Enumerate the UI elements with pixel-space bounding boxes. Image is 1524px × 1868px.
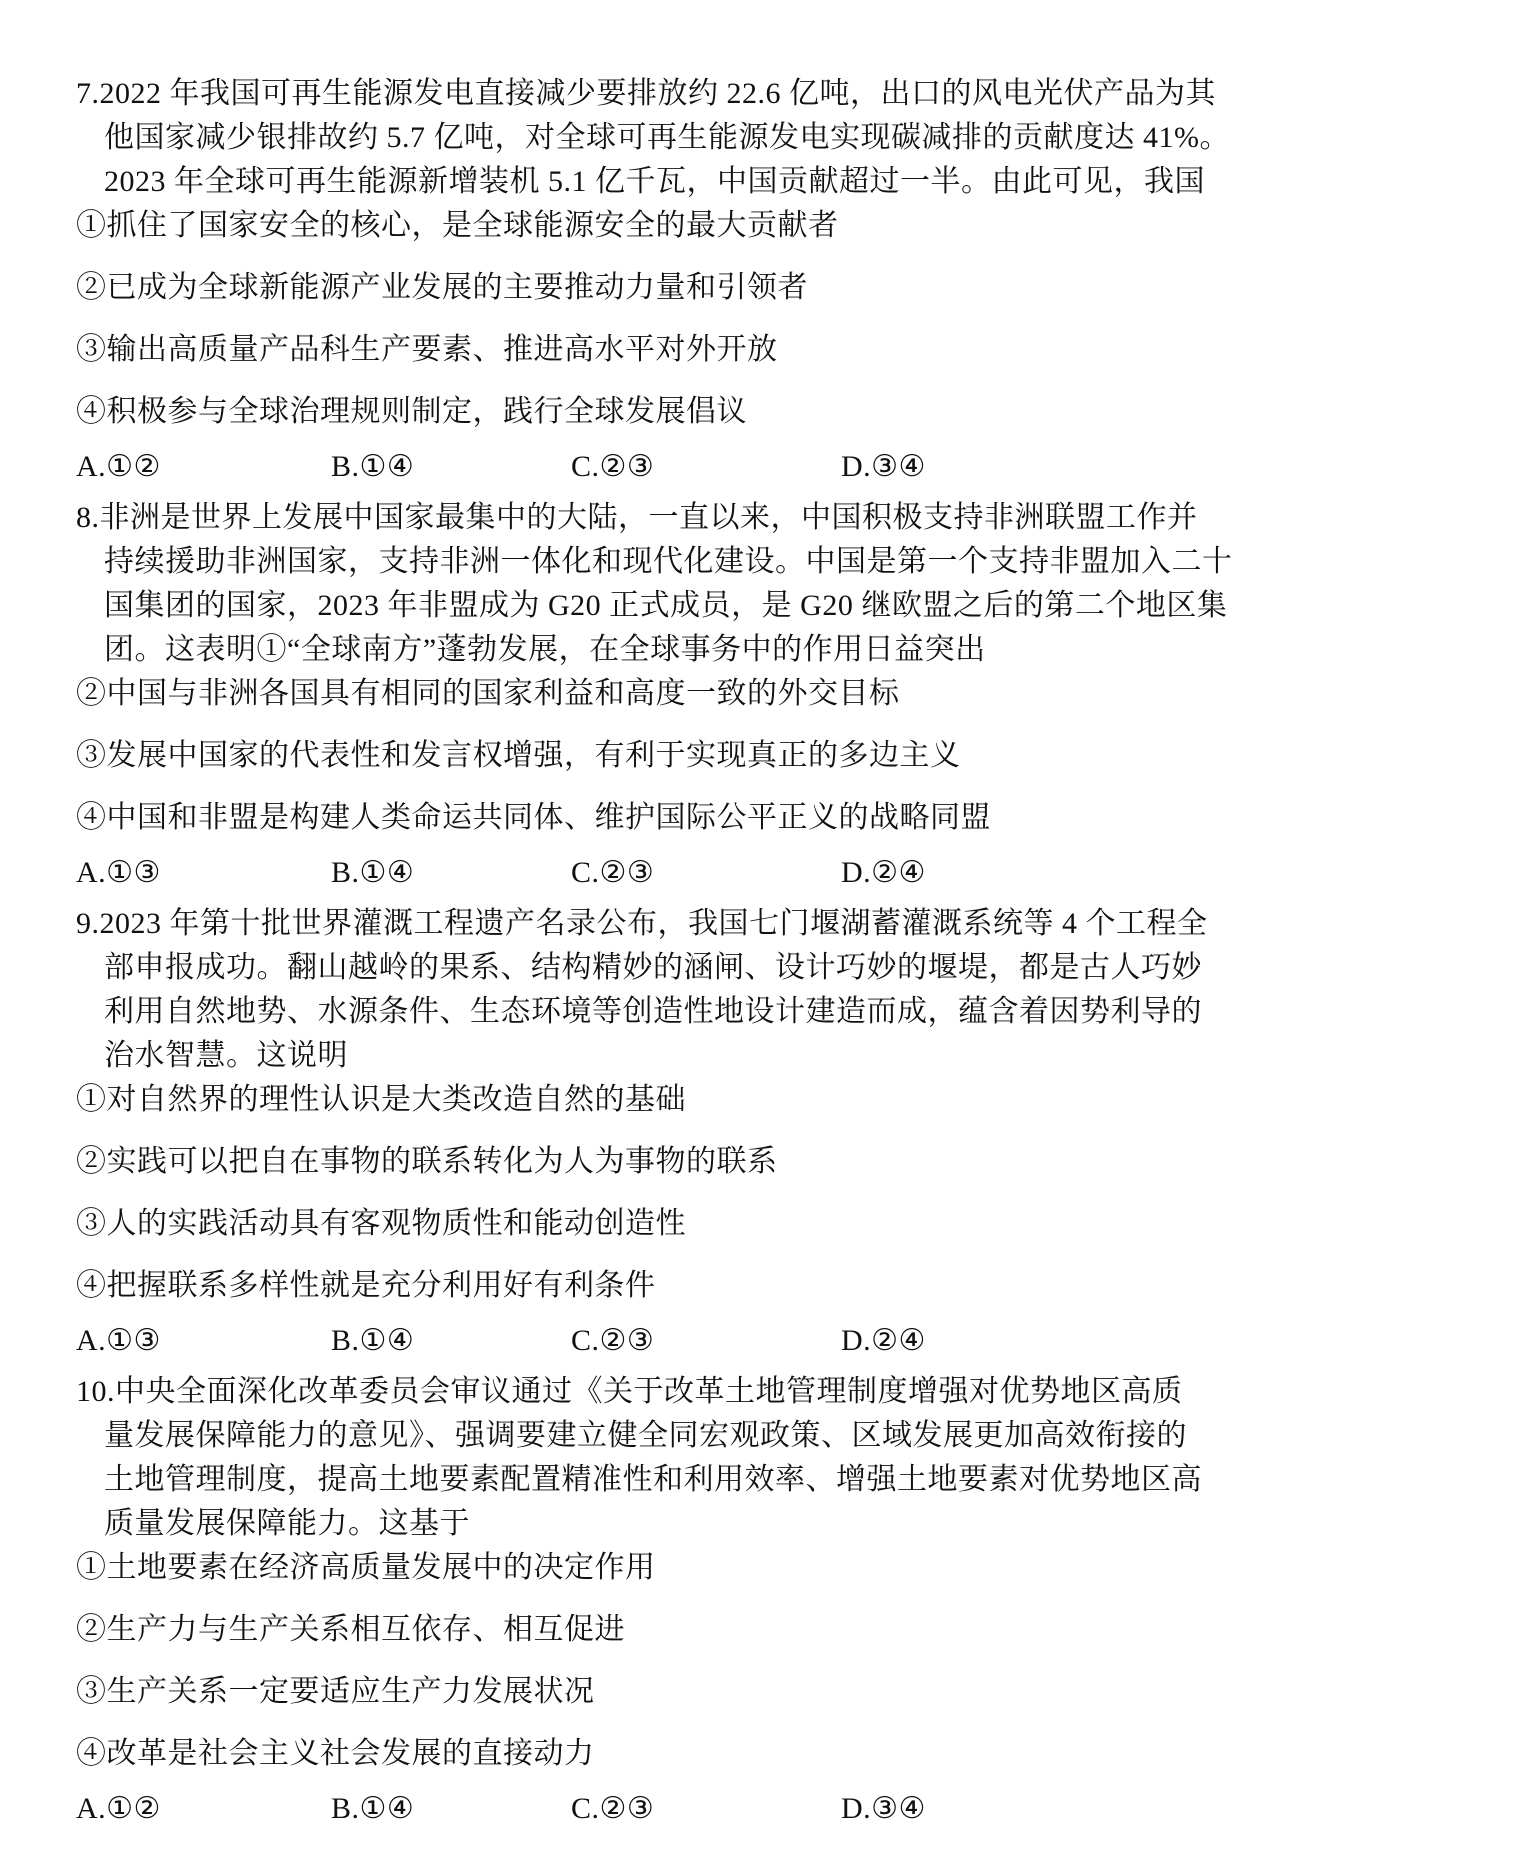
option-line: ①土地要素在经济高质量发展中的决定作用 <box>76 1546 1464 1590</box>
question-stem-line: 他国家减少银排故约 5.7 亿吨，对全球可再生能源发电实现碳减排的贡献度达 41… <box>76 116 1464 160</box>
question-10: 10.中央全面深化改革委员会审议通过《关于改革土地管理制度增强对优势地区高质 量… <box>76 1370 1464 1832</box>
answer-choice-a: A.①② <box>76 1786 331 1832</box>
question-8-options: ②中国与非洲各国具有相同的国家利益和高度一致的外交目标 ③发展中国家的代表性和发… <box>76 672 1464 840</box>
answer-choice-b: B.①④ <box>331 444 571 490</box>
question-stem-line: 2023 年全球可再生能源新增装机 5.1 亿千瓦，中国贡献超过一半。由此可见，… <box>76 160 1464 204</box>
option-line: ②实践可以把自在事物的联系转化为人为事物的联系 <box>76 1140 1464 1184</box>
answer-choice-b: B.①④ <box>331 1318 571 1364</box>
question-stem-line: 利用自然地势、水源条件、生态环境等创造性地设计建造而成，蕴含着因势利导的 <box>76 990 1464 1034</box>
answer-choice-d: D.③④ <box>841 444 1464 490</box>
question-stem-line: 7.2022 年我国可再生能源发电直接减少要排放约 22.6 亿吨，出口的风电光… <box>76 72 1464 116</box>
answer-choice-c: C.②③ <box>571 444 841 490</box>
question-stem-line: 9.2023 年第十批世界灌溉工程遗产名录公布，我国七门堰湖蓄灌溉系统等 4 个… <box>76 902 1464 946</box>
question-10-options: ①土地要素在经济高质量发展中的决定作用 ②生产力与生产关系相互依存、相互促进 ③… <box>76 1546 1464 1776</box>
question-9-options: ①对自然界的理性认识是大类改造自然的基础 ②实践可以把自在事物的联系转化为人为事… <box>76 1078 1464 1308</box>
answer-choice-d: D.②④ <box>841 850 1464 896</box>
answer-row: A.①③ B.①④ C.②③ D.②④ <box>76 1318 1464 1364</box>
answer-choice-d: D.③④ <box>841 1786 1464 1832</box>
question-10-stem: 10.中央全面深化改革委员会审议通过《关于改革土地管理制度增强对优势地区高质 量… <box>76 1370 1464 1546</box>
question-stem-line: 持续援助非洲国家，支持非洲一体化和现代化建设。中国是第一个支持非盟加入二十 <box>76 540 1464 584</box>
answer-choice-a: A.①③ <box>76 1318 331 1364</box>
option-line: ④积极参与全球治理规则制定，践行全球发展倡议 <box>76 390 1464 434</box>
question-stem-line: 10.中央全面深化改革委员会审议通过《关于改革土地管理制度增强对优势地区高质 <box>76 1370 1464 1414</box>
option-line: ④改革是社会主义社会发展的直接动力 <box>76 1732 1464 1776</box>
question-9: 9.2023 年第十批世界灌溉工程遗产名录公布，我国七门堰湖蓄灌溉系统等 4 个… <box>76 902 1464 1364</box>
question-stem-line: 团。这表明①“全球南方”蓬勃发展，在全球事务中的作用日益突出 <box>76 628 1464 672</box>
answer-row: A.①③ B.①④ C.②③ D.②④ <box>76 850 1464 896</box>
answer-choice-b: B.①④ <box>331 1786 571 1832</box>
option-line: ②生产力与生产关系相互依存、相互促进 <box>76 1608 1464 1652</box>
question-9-stem: 9.2023 年第十批世界灌溉工程遗产名录公布，我国七门堰湖蓄灌溉系统等 4 个… <box>76 902 1464 1078</box>
option-line: ①抓住了国家安全的核心，是全球能源安全的最大贡献者 <box>76 204 1464 248</box>
question-stem-line: 量发展保障能力的意见》、强调要建立健全同宏观政策、区域发展更加高效衔接的 <box>76 1414 1464 1458</box>
question-7-options: ①抓住了国家安全的核心，是全球能源安全的最大贡献者 ②已成为全球新能源产业发展的… <box>76 204 1464 434</box>
answer-choice-a: A.①③ <box>76 850 331 896</box>
exam-page: 7.2022 年我国可再生能源发电直接减少要排放约 22.6 亿吨，出口的风电光… <box>0 0 1524 1868</box>
option-line: ②中国与非洲各国具有相同的国家利益和高度一致的外交目标 <box>76 672 1464 716</box>
question-7-stem: 7.2022 年我国可再生能源发电直接减少要排放约 22.6 亿吨，出口的风电光… <box>76 72 1464 204</box>
answer-row: A.①② B.①④ C.②③ D.③④ <box>76 444 1464 490</box>
option-line: ③发展中国家的代表性和发言权增强，有利于实现真正的多边主义 <box>76 734 1464 778</box>
option-line: ③输出高质量产品科生产要素、推进高水平对外开放 <box>76 328 1464 372</box>
answer-choice-b: B.①④ <box>331 850 571 896</box>
question-stem-line: 质量发展保障能力。这基于 <box>76 1502 1464 1546</box>
answer-choice-c: C.②③ <box>571 850 841 896</box>
answer-choice-a: A.①② <box>76 444 331 490</box>
question-stem-line: 国集团的国家，2023 年非盟成为 G20 正式成员，是 G20 继欧盟之后的第… <box>76 584 1464 628</box>
question-8: 8.非洲是世界上发展中国家最集中的大陆，一直以来，中国积极支持非洲联盟工作并 持… <box>76 496 1464 896</box>
question-7: 7.2022 年我国可再生能源发电直接减少要排放约 22.6 亿吨，出口的风电光… <box>76 72 1464 490</box>
question-stem-line: 部申报成功。翻山越岭的果系、结构精妙的涵闸、设计巧妙的堰堤，都是古人巧妙 <box>76 946 1464 990</box>
option-line: ④把握联系多样性就是充分利用好有利条件 <box>76 1264 1464 1308</box>
answer-choice-c: C.②③ <box>571 1786 841 1832</box>
question-stem-line: 土地管理制度，提高土地要素配置精准性和利用效率、增强土地要素对优势地区高 <box>76 1458 1464 1502</box>
answer-row: A.①② B.①④ C.②③ D.③④ <box>76 1786 1464 1832</box>
question-8-stem: 8.非洲是世界上发展中国家最集中的大陆，一直以来，中国积极支持非洲联盟工作并 持… <box>76 496 1464 672</box>
option-line: ③生产关系一定要适应生产力发展状况 <box>76 1670 1464 1714</box>
question-stem-line: 治水智慧。这说明 <box>76 1034 1464 1078</box>
answer-choice-d: D.②④ <box>841 1318 1464 1364</box>
option-line: ④中国和非盟是构建人类命运共同体、维护国际公平正义的战略同盟 <box>76 796 1464 840</box>
option-line: ②已成为全球新能源产业发展的主要推动力量和引领者 <box>76 266 1464 310</box>
option-line: ①对自然界的理性认识是大类改造自然的基础 <box>76 1078 1464 1122</box>
question-stem-line: 8.非洲是世界上发展中国家最集中的大陆，一直以来，中国积极支持非洲联盟工作并 <box>76 496 1464 540</box>
option-line: ③人的实践活动具有客观物质性和能动创造性 <box>76 1202 1464 1246</box>
answer-choice-c: C.②③ <box>571 1318 841 1364</box>
